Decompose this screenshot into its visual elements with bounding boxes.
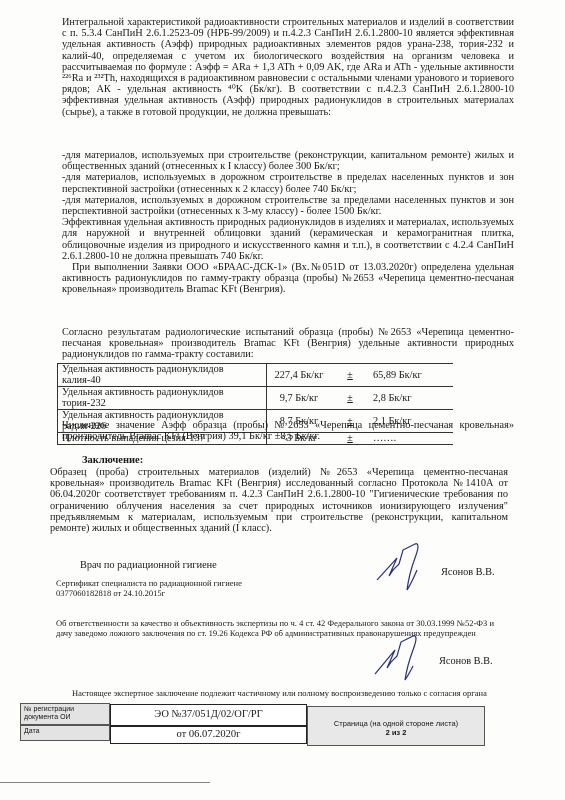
limit-class-1: -для материалов, используемых при строит… [62,150,514,172]
certificate-number: 0377060182818 от 24.10.2015г [56,588,242,598]
limit-class-3: -для материалов, используемых в дорожном… [62,195,514,217]
nuclide-name: Удельная активность радионуклидов калия-… [58,364,267,387]
conclusion-paragraph: Образец (проба) строительных материалов … [50,467,508,534]
nuclide-value: 9,7 Бк/кг [267,387,332,410]
signer-name-1: Ясонов В.В. [441,567,495,578]
intro-text: Интегральной характеристикой радиоактивн… [62,17,514,118]
table-row: Удельная активность радионуклидов калия-… [58,364,454,387]
conclusion-title: Заключение: [82,455,143,466]
reg-number: ЭО №37/051Д/02/ОГ/РГ [110,704,307,726]
reg-label: № регистрации документа ОИ [20,703,110,725]
footer-registration-table: № регистрации документа ОИ Дата ЭО №37/0… [20,703,472,747]
limit-class-2: -для материалов, используемых в дорожном… [62,172,514,194]
signature-1-icon [375,540,445,595]
certificate-title: Сертификат специалиста по радиационной г… [56,578,242,588]
limits-section: -для материалов, используемых при строит… [62,150,514,296]
request-paragraph: При выполнении Заявки ООО «БРААС-ДСК-1» … [62,262,514,296]
nuclide-error: 65,89 Бк/кг [369,364,453,387]
document-page: Интегральной характеристикой радиоактивн… [0,0,565,800]
intro-paragraph: Интегральной характеристикой радиоактивн… [62,17,514,118]
page-info: Страница (на одной стороне листа) 2 из 2 [307,706,485,746]
divider [0,782,210,783]
limit-cladding: Эффективная удельная активность природны… [62,217,514,262]
document-date: от 06.07.2020г [110,726,307,744]
nuclide-name: Удельная активность радионуклидов тория-… [58,387,267,410]
nuclide-error: 2,8 Бк/кг [369,387,453,410]
table-row: Удельная активность радионуклидов тория-… [58,387,454,410]
page-label: Страница (на одной стороне листа) [308,719,484,728]
doctor-title: Врач по радиационной гигиене [80,560,217,571]
numeric-value-text: Численное значение Аэфф образца (пробы) … [62,420,514,442]
signer-name-2: Ясонов В.В. [439,656,493,667]
result-intro: Согласно результатам радиологические исп… [62,327,514,361]
page-number: 2 из 2 [308,728,484,737]
plus-minus: ± [331,387,369,410]
reproduction-notice: Настоящее экспертное заключение подлежит… [72,688,487,698]
plus-minus: ± [331,364,369,387]
signature-2-icon [373,628,443,683]
conclusion-text: Образец (проба) строительных материалов … [50,467,508,534]
date-label: Дата [20,725,110,741]
nuclide-value: 227,4 Бк/кг [267,364,332,387]
certificate-block: Сертификат специалиста по радиационной г… [56,578,242,598]
numeric-value-paragraph: Численное значение Аэфф образца (пробы) … [62,420,514,442]
result-intro-text: Согласно результатам радиологические исп… [62,327,514,361]
